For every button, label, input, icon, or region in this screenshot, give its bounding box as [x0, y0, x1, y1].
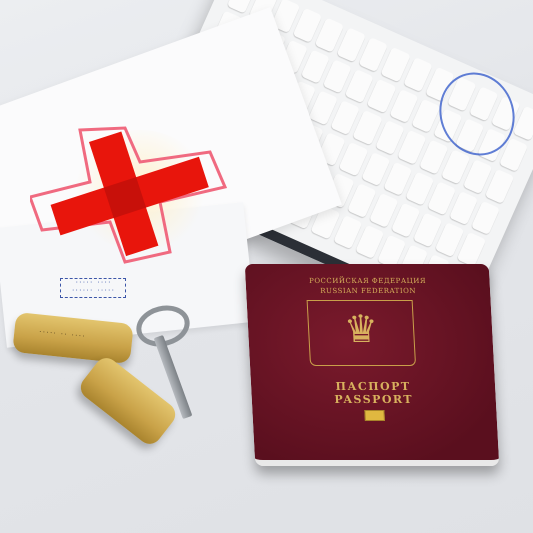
- stamp-text-line2: ······ ·····: [61, 287, 125, 295]
- double-headed-eagle-icon: ♛: [308, 307, 414, 351]
- passport-title-native: ПАСПОРТ: [251, 380, 496, 393]
- ink-stamp-mark: ····· ···· ······ ·····: [60, 278, 126, 298]
- coat-of-arms-frame: ♛: [307, 300, 416, 366]
- passport-header-line2: RUSSIAN FEDERATION: [246, 286, 491, 296]
- passport-header: РОССИЙСКАЯ ФЕДЕРАЦИЯ RUSSIAN FEDERATION: [245, 276, 490, 296]
- passport-header-line1: РОССИЙСКАЯ ФЕДЕРАЦИЯ: [245, 276, 490, 286]
- keyboard-key: [485, 169, 514, 204]
- biometric-chip-icon: [364, 410, 385, 421]
- keyboard-key: [471, 200, 500, 235]
- red-cross-icon: [30, 122, 230, 267]
- passport: РОССИЙСКАЯ ФЕДЕРАЦИЯ RUSSIAN FEDERATION …: [245, 264, 500, 466]
- keyboard-key: [457, 232, 486, 267]
- stamp-text-line1: ····· ····: [61, 279, 125, 287]
- passport-title-english: PASSPORT: [251, 393, 496, 406]
- rubber-stamp-label: ····· ·· ····: [38, 328, 85, 340]
- passport-title: ПАСПОРТ PASSPORT: [251, 380, 496, 406]
- desk-scene: ····· ···· ······ ····· ····· ·· ···· РО…: [0, 0, 533, 533]
